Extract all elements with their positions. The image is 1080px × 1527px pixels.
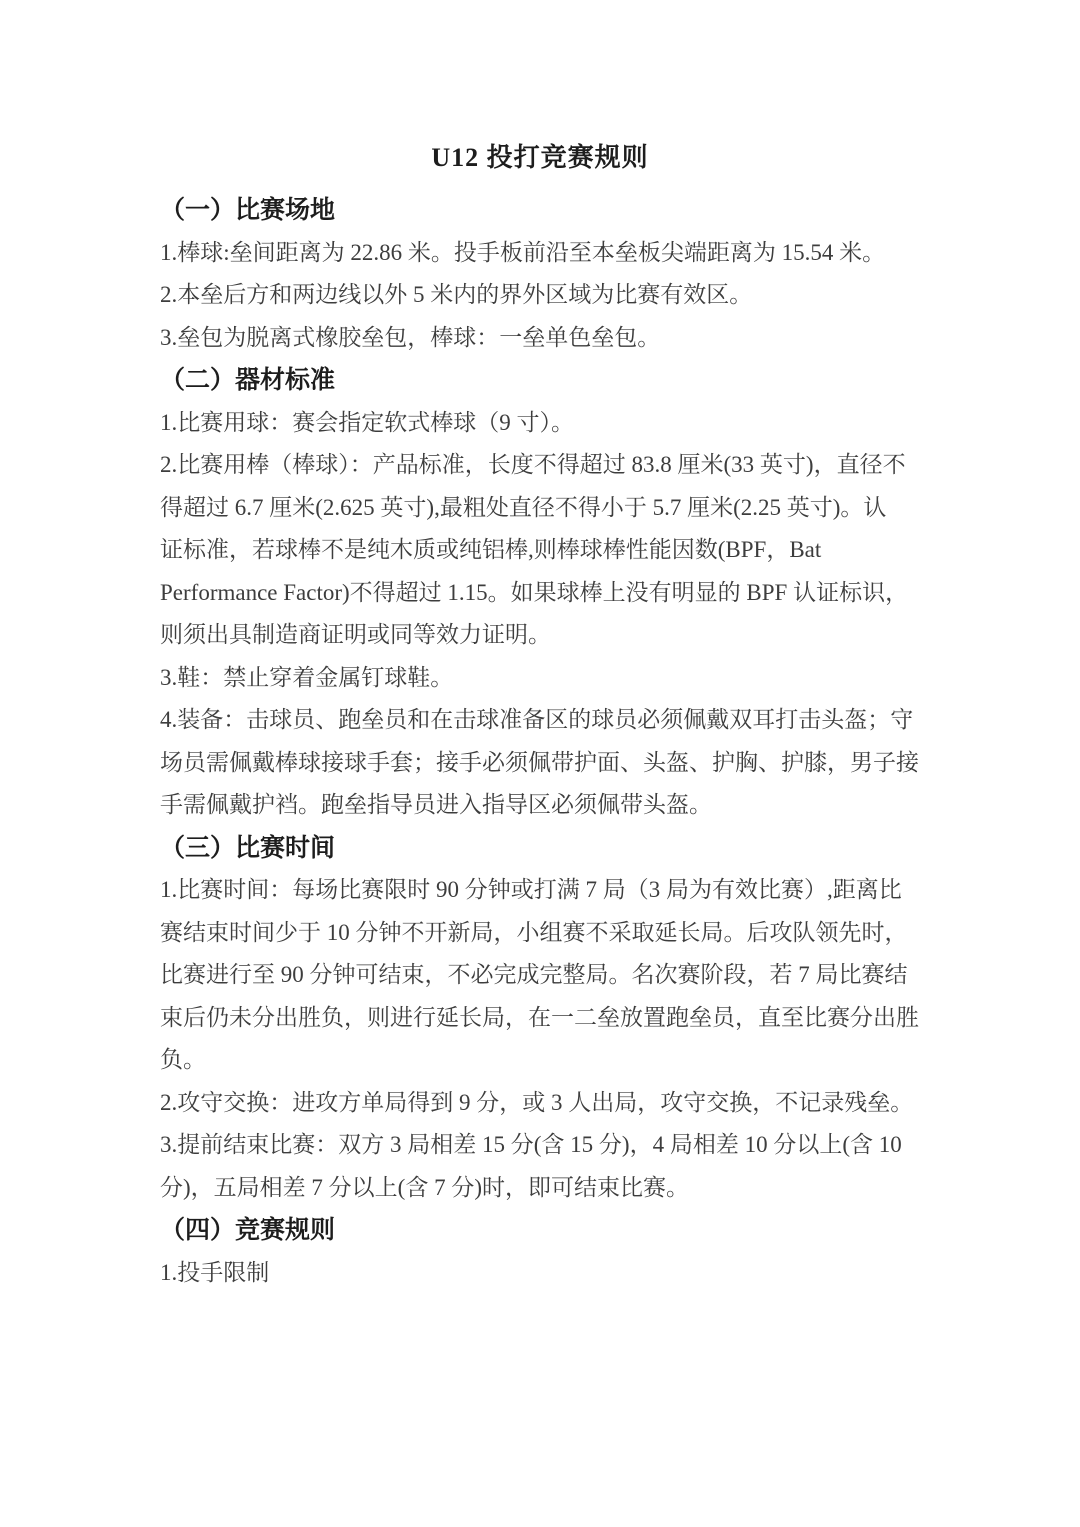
text-line: 2.攻守交换：进攻方单局得到 9 分，或 3 人出局，攻守交换，不记录残垒。 bbox=[160, 1082, 1080, 1125]
text-line: 1.棒球:垒间距离为 22.86 米。投手板前沿至本垒板尖端距离为 15.54 … bbox=[160, 232, 1080, 275]
text-line: 比赛进行至 90 分钟可结束，不必完成完整局。名次赛阶段，若 7 局比赛结 bbox=[160, 954, 1080, 997]
text-line: 得超过 6.7 厘米(2.625 英寸),最粗处直径不得小于 5.7 厘米(2.… bbox=[160, 487, 1080, 530]
text-line: 2.本垒后方和两边线以外 5 米内的界外区域为比赛有效区。 bbox=[160, 274, 1080, 317]
text-line: 3.提前结束比赛：双方 3 局相差 15 分(含 15 分)，4 局相差 10 … bbox=[160, 1124, 1080, 1167]
text-line: Performance Factor)不得超过 1.15。如果球棒上没有明显的 … bbox=[160, 572, 1080, 615]
text-line: 1.比赛时间：每场比赛限时 90 分钟或打满 7 局（3 局为有效比赛）,距离比 bbox=[160, 869, 1080, 912]
section-heading-3: （三）比赛时间 bbox=[160, 827, 1080, 870]
section-heading-2: （二）器材标准 bbox=[160, 359, 1080, 402]
text-line: 负。 bbox=[160, 1039, 1080, 1082]
text-line: 证标准，若球棒不是纯木质或纯铝棒,则棒球棒性能因数(BPF，Bat bbox=[160, 529, 1080, 572]
document-body: （一）比赛场地 1.棒球:垒间距离为 22.86 米。投手板前沿至本垒板尖端距离… bbox=[0, 178, 1080, 1294]
text-line: 1.比赛用球：赛会指定软式棒球（9 寸）。 bbox=[160, 402, 1080, 445]
document-title: U12 投打竞赛规则 bbox=[0, 0, 1080, 178]
text-line: 场员需佩戴棒球接球手套；接手必须佩带护面、头盔、护胸、护膝，男子接 bbox=[160, 742, 1080, 785]
text-line: 4.装备：击球员、跑垒员和在击球准备区的球员必须佩戴双耳打击头盔；守 bbox=[160, 699, 1080, 742]
text-line: 赛结束时间少于 10 分钟不开新局，小组赛不采取延长局。后攻队领先时， bbox=[160, 912, 1080, 955]
section-heading-4: （四）竞赛规则 bbox=[160, 1209, 1080, 1252]
text-line: 1.投手限制 bbox=[160, 1252, 1080, 1295]
text-line: 分)，五局相差 7 分以上(含 7 分)时，即可结束比赛。 bbox=[160, 1167, 1080, 1210]
document-page: U12 投打竞赛规则 （一）比赛场地 1.棒球:垒间距离为 22.86 米。投手… bbox=[0, 0, 1080, 1527]
section-heading-1: （一）比赛场地 bbox=[160, 189, 1080, 232]
text-line: 则须出具制造商证明或同等效力证明。 bbox=[160, 614, 1080, 657]
text-line: 3.垒包为脱离式橡胶垒包，棒球：一垒单色垒包。 bbox=[160, 317, 1080, 360]
text-line: 2.比赛用棒（棒球）：产品标准，长度不得超过 83.8 厘米(33 英寸)，直径… bbox=[160, 444, 1080, 487]
text-line: 3.鞋：禁止穿着金属钉球鞋。 bbox=[160, 657, 1080, 700]
text-line: 手需佩戴护裆。跑垒指导员进入指导区必须佩带头盔。 bbox=[160, 784, 1080, 827]
text-line: 束后仍未分出胜负，则进行延长局，在一二垒放置跑垒员，直至比赛分出胜 bbox=[160, 997, 1080, 1040]
